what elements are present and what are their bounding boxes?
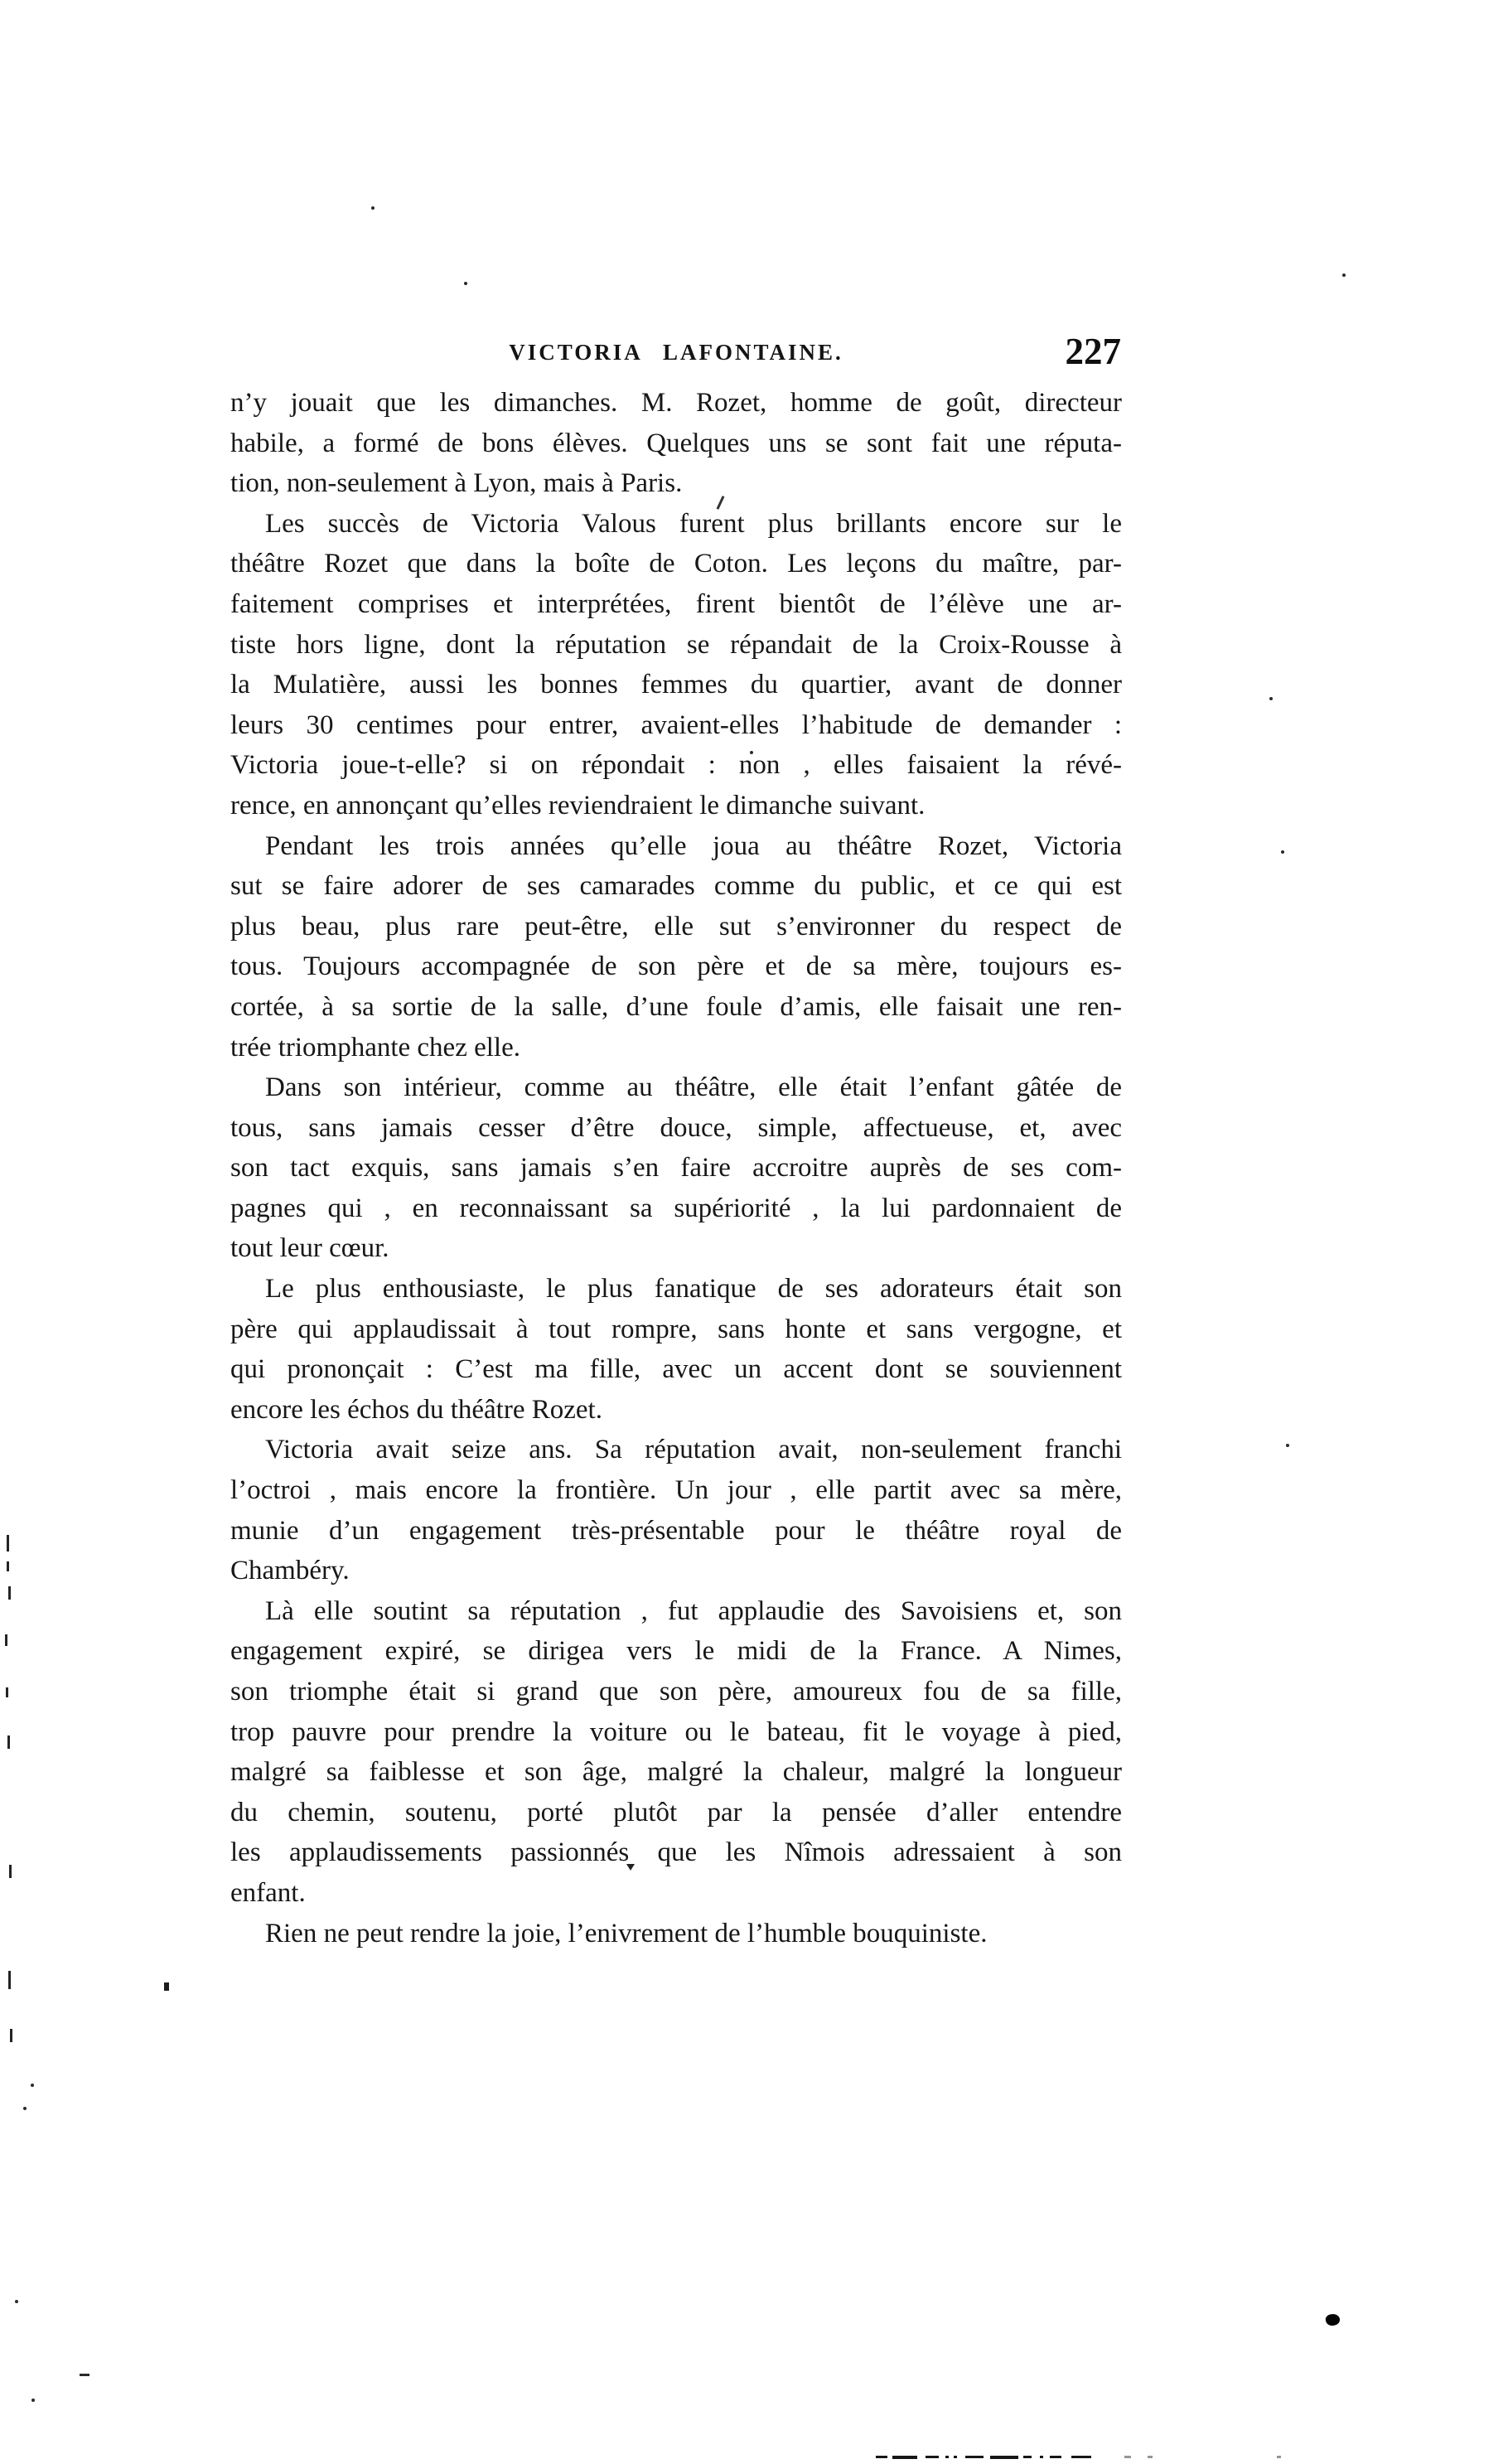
text-line-p7-4: trop pauvre pour prendre la voiture ou l… [230,1712,1122,1753]
margin-tick [6,1687,8,1697]
running-head-title: VICTORIA LAFONTAINE. [230,340,1122,365]
text-line-p3-4: tous. Toujours accompagnée de son père e… [230,946,1122,987]
ink-speck [23,2107,27,2110]
text-line-p6-1: Victoria avait seize ans. Sa réputation … [230,1430,1122,1470]
text-line-p6-3: munie d’un engagement très-présentable p… [230,1511,1122,1551]
ink-speck [464,282,467,285]
page-number: 227 [994,333,1121,370]
ink-blob-artifact [1325,2312,1341,2326]
text-line-p5-4: encore les échos du théâtre Rozet. [230,1390,1122,1430]
margin-tick [7,1561,9,1571]
text-line-p1-2: habile, a formé de bons élèves. Quelques… [230,424,1122,464]
text-line-p8-1: Rien ne peut rendre la joie, l’enivremen… [230,1914,1122,1954]
text-line-p3-5: cortée, à sa sortie de la salle, d’une f… [230,987,1122,1028]
text-line-p7-6: du chemin, soutenu, porté plutôt par la … [230,1793,1122,1833]
text-line-p2-4: tiste hors ligne, dont la réputation se … [230,625,1122,666]
text-line-p3-2: sut se faire adorer de ses camarades com… [230,866,1122,907]
margin-tick [8,1971,11,1989]
ink-speck [31,2084,34,2087]
text-line-p7-5: malgré sa faiblesse et son âge, malgré l… [230,1752,1122,1793]
text-line-p4-4: pagnes qui , en reconnaissant sa supério… [230,1188,1122,1229]
margin-tick [9,1865,12,1878]
margin-tick [7,1535,9,1551]
ink-speck [1269,697,1273,700]
ink-speck [1342,274,1346,277]
ink-triangle-artifact [626,1864,635,1871]
text-line-p1-1: n’y jouait que les dimanches. M. Rozet, … [230,383,1122,424]
text-line-p6-2: l’octroi , mais encore la frontière. Un … [230,1470,1122,1511]
ink-speck [80,2374,89,2376]
text-line-p3-6: trée triomphante chez elle. [230,1028,1122,1068]
text-line-p7-8: enfant. [230,1873,1122,1914]
ink-speck [31,2399,35,2402]
text-line-p4-5: tout leur cœur. [230,1228,1122,1269]
text-line-p4-3: son tact exquis, sans jamais s’en faire … [230,1148,1122,1188]
text-line-p2-7: Victoria joue-t-elle? si on répondait : … [230,745,1122,786]
text-line-p5-3: qui prononçait : C’est ma fille, avec un… [230,1349,1122,1390]
bottom-broken-rule [876,2456,1281,2459]
text-line-p7-7: les applaudissements passionnés que les … [230,1832,1122,1873]
text-line-p2-8: rence, en annonçant qu’elles reviendraie… [230,786,1122,826]
ink-speck [750,751,753,754]
text-line-p5-2: père qui applaudissait à tout rompre, sa… [230,1309,1122,1350]
text-line-p1-3: tion, non-seulement à Lyon, mais à Paris… [230,463,1122,504]
margin-tick [5,1634,7,1646]
ink-speck [371,206,375,210]
text-line-p2-2: théâtre Rozet que dans la boîte de Coton… [230,544,1122,584]
margin-tick [7,1735,10,1749]
margin-tick [10,2029,12,2042]
text-line-p7-2: engagement expiré, se dirigea vers le mi… [230,1631,1122,1672]
ink-speck [1286,1444,1289,1447]
text-line-p2-6: leurs 30 centimes pour entrer, avaient-e… [230,705,1122,746]
text-line-p6-4: Chambéry. [230,1551,1122,1591]
text-line-p2-5: la Mulatière, aussi les bonnes femmes du… [230,665,1122,705]
text-line-p7-1: Là elle soutint sa réputation , fut appl… [230,1591,1122,1632]
text-line-p2-3: faitement comprises et interprétées, fir… [230,584,1122,625]
ink-speck [164,1982,169,1991]
text-line-p3-3: plus beau, plus rare peut-être, elle sut… [230,907,1122,947]
ink-speck [1281,850,1284,854]
text-line-p4-2: tous, sans jamais cesser d’être douce, s… [230,1108,1122,1149]
text-line-p7-3: son triomphe était si grand que son père… [230,1672,1122,1712]
margin-tick [8,1586,11,1600]
text-line-p3-1: Pendant les trois années qu’elle joua au… [230,826,1122,867]
ink-speck [15,2300,18,2303]
body-text-column: n’y jouait que les dimanches. M. Rozet, … [230,383,1122,1953]
text-line-p2-1: Les succès de Victoria Valous furent plu… [230,504,1122,545]
text-line-p4-1: Dans son intérieur, comme au théâtre, el… [230,1067,1122,1108]
text-line-p5-1: Le plus enthousiaste, le plus fanatique … [230,1269,1122,1309]
book-page-scan: VICTORIA LAFONTAINE. 227 n’y jouait que … [0,0,1508,2464]
